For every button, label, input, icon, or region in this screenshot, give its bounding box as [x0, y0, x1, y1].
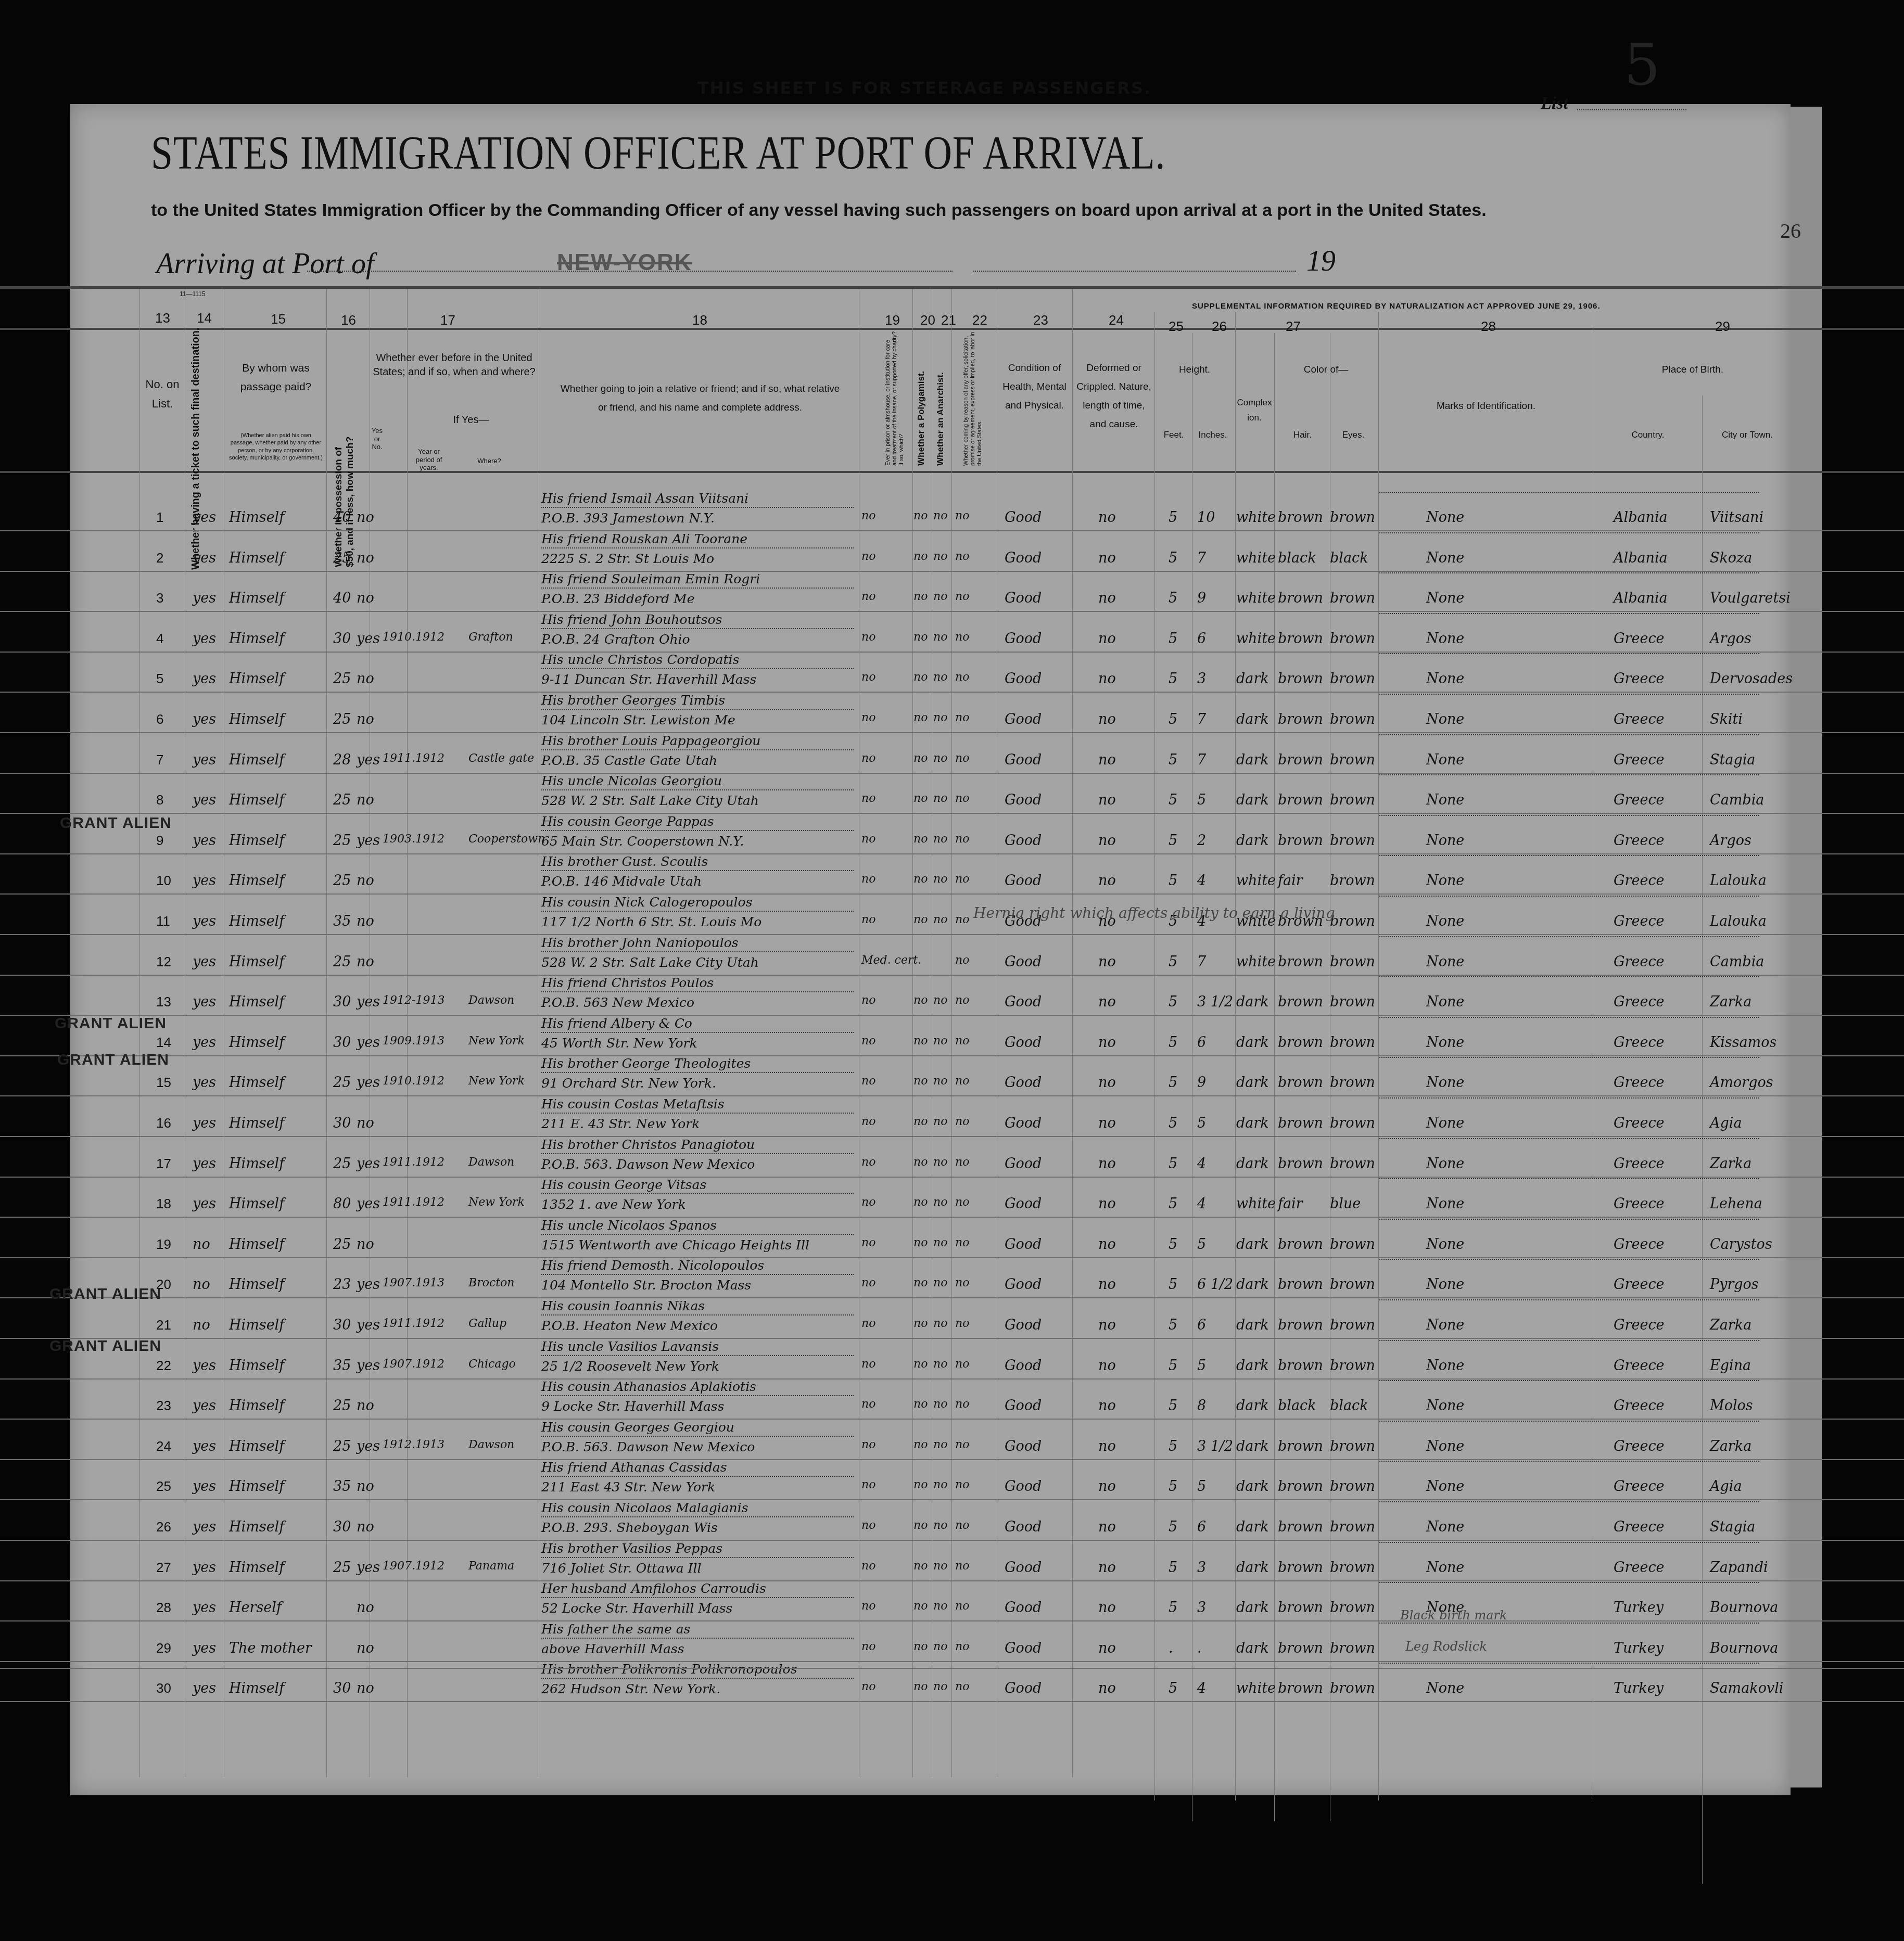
cell-paid-by: Himself [229, 1035, 284, 1051]
cell-complexion: dark [1236, 1115, 1269, 1131]
col-header-eyes: Eyes. [1330, 428, 1377, 443]
cell-complexion: dark [1236, 1358, 1269, 1374]
cell-complexion: dark [1236, 752, 1269, 768]
cell-city: Skoza [1710, 550, 1752, 566]
cell-hair: brown [1278, 792, 1323, 808]
cell-feet: 5 [1169, 1075, 1177, 1091]
cell-paid-by: Himself [229, 1196, 284, 1212]
cell-inches: 6 [1197, 1519, 1206, 1535]
cell-prison: no [861, 1115, 875, 1128]
cell-prison: no [861, 752, 875, 765]
cell-anarch: no [933, 913, 947, 926]
cell-no: 10 [156, 873, 171, 889]
cell-no: 29 [156, 1640, 171, 1656]
cell-country: Greece [1614, 1196, 1665, 1212]
cell-years: 1910.1912 [383, 1075, 445, 1088]
cell-money: 40 [333, 509, 351, 526]
cell-health: Good [1005, 1640, 1042, 1656]
col-num-26: 26 [1212, 318, 1227, 335]
relative-name: His father the same as [541, 1621, 854, 1639]
cell-eyes: brown [1330, 954, 1375, 970]
cell-before: no [357, 590, 374, 606]
col-header-inches: Inches. [1192, 428, 1234, 443]
cell-ticket: yes [193, 1115, 216, 1131]
table-row: His brother Christos PanagiotouP.O.B. 56… [0, 1138, 1904, 1179]
cell-prison: no [861, 833, 875, 846]
row-rule [0, 975, 1904, 976]
cell-hair: black [1278, 1398, 1316, 1414]
cell-country: Greece [1614, 873, 1665, 889]
cell-ticket: yes [193, 1560, 216, 1576]
marks-dotted-line [1379, 1138, 1759, 1139]
cell-anarch: no [933, 1236, 947, 1249]
cell-before: yes [357, 1156, 380, 1172]
cell-polyg: no [913, 509, 928, 522]
cell-hair: brown [1278, 711, 1323, 727]
cell-paid-by: Himself [229, 631, 284, 647]
cell-complexion: white [1236, 509, 1276, 526]
cell-hair: brown [1278, 833, 1323, 849]
marks-dotted-line [1379, 1178, 1759, 1179]
relative-address: 9 Locke Str. Haverhill Mass [541, 1399, 724, 1414]
col-num-14: 14 [197, 310, 212, 326]
cell-eyes: brown [1330, 671, 1375, 687]
cell-deformed: no [1098, 873, 1116, 889]
cell-anarch: no [933, 1560, 947, 1573]
relative-address: P.O.B. 24 Grafton Ohio [541, 632, 690, 647]
cell-prison: no [861, 550, 875, 563]
relative-address: 528 W. 2 Str. Salt Lake City Utah [541, 955, 759, 970]
cell-money: 25 [333, 1075, 351, 1091]
cell-no: 17 [156, 1156, 171, 1172]
cell-deformed: no [1098, 994, 1116, 1010]
cell-deformed: no [1098, 1276, 1116, 1293]
cell-anarch: no [933, 1358, 947, 1371]
arriving-label: Arriving at Port of [156, 247, 374, 280]
cell-before: no [357, 1519, 374, 1535]
relative-address: P.O.B. Heaton New Mexico [541, 1318, 718, 1333]
cell-health: Good [1005, 631, 1042, 647]
cell-ticket: yes [193, 509, 216, 526]
row-rule [0, 893, 1904, 895]
cell-anarch: no [933, 509, 947, 522]
cell-money: 25 [333, 1560, 351, 1576]
cell-deformed: no [1098, 752, 1116, 768]
col-header-if-yes: If Yes— [432, 411, 510, 429]
cell-before: no [357, 1640, 374, 1656]
cell-contract: no [955, 1196, 969, 1209]
cell-country: Greece [1614, 1519, 1665, 1535]
cell-polyg: no [913, 873, 928, 886]
table-row: His friend Albery & Co45 Worth Str. New … [0, 1017, 1904, 1057]
row-rule [0, 1378, 1904, 1380]
column-header-rule [0, 471, 1904, 473]
cell-contract: no [955, 1276, 969, 1289]
col-num-28: 28 [1481, 318, 1496, 335]
cell-inches: 5 [1197, 1358, 1206, 1374]
cell-hair: brown [1278, 1236, 1323, 1253]
cell-ticket: yes [193, 1478, 216, 1495]
cell-deformed: no [1098, 1236, 1116, 1253]
cell-deformed: no [1098, 1358, 1116, 1374]
col-header-prison: Ever in prison or almshouse, or institut… [885, 330, 916, 466]
cell-contract: no [955, 1398, 969, 1411]
cell-inches: 9 [1197, 1075, 1206, 1091]
cell-prison: Med. cert. [861, 954, 921, 967]
relative-address: 211 East 43 Str. New York [541, 1479, 715, 1495]
cell-no: 15 [156, 1075, 171, 1091]
cell-contract: no [955, 1680, 969, 1693]
relative-address: P.O.B. 563. Dawson New Mexico [541, 1439, 755, 1454]
cell-prison: no [861, 1156, 875, 1169]
cell-no: 8 [156, 792, 163, 808]
relative-name: His friend Athanas Cassidas [541, 1460, 854, 1477]
marks-dotted-line [1379, 613, 1759, 614]
cell-contract: no [955, 671, 969, 684]
cell-complexion: white [1236, 873, 1276, 889]
cell-marks: None [1426, 1276, 1464, 1293]
cell-inches: 4 [1197, 1196, 1206, 1212]
relative-name: His friend Albery & Co [541, 1016, 854, 1033]
cell-health: Good [1005, 752, 1042, 768]
cell-deformed: no [1098, 1156, 1116, 1172]
cell-deformed: no [1098, 1317, 1116, 1333]
cell-prison: no [861, 792, 875, 805]
cell-contract: no [955, 1478, 969, 1491]
relative-address: P.O.B. 35 Castle Gate Utah [541, 753, 717, 768]
cell-health: Good [1005, 1035, 1042, 1051]
cell-ticket: yes [193, 1680, 216, 1696]
cell-health: Good [1005, 954, 1042, 970]
cell-health: Good [1005, 1478, 1042, 1495]
marks-dotted-line [1379, 1057, 1759, 1058]
table-row: His uncle Christos Cordopatis9-11 Duncan… [0, 653, 1904, 694]
cell-anarch: no [933, 711, 947, 724]
cell-ticket: yes [193, 711, 216, 727]
relative-address: P.O.B. 563. Dawson New Mexico [541, 1157, 755, 1172]
cell-hair: black [1278, 550, 1316, 566]
cell-hair: brown [1278, 671, 1323, 687]
col-num-25: 25 [1169, 318, 1184, 335]
table-row: His cousin Georges GeorgiouP.O.B. 563. D… [0, 1421, 1904, 1461]
cell-ticket: yes [193, 1438, 216, 1454]
relative-address: 1515 Wentworth ave Chicago Heights Ill [541, 1237, 809, 1253]
cell-polyg: no [913, 1035, 928, 1048]
cell-eyes: brown [1330, 1519, 1375, 1535]
relative-address: 52 Locke Str. Haverhill Mass [541, 1601, 732, 1616]
relative-name: His friend John Bouhoutsos [541, 612, 854, 629]
cell-years: 1911.1912 [383, 1156, 445, 1169]
row-rule [0, 571, 1904, 572]
cell-city: Argos [1710, 833, 1751, 849]
list-number: 5 [1624, 31, 1660, 98]
cell-feet: 5 [1169, 631, 1177, 647]
relative-name: His cousin Costas Metaftsis [541, 1096, 854, 1114]
cell-city: Cambia [1710, 954, 1764, 970]
marks-dotted-line [1379, 1663, 1759, 1664]
relative-address: P.O.B. 23 Biddeford Me [541, 591, 694, 606]
col-num-20: 20 [920, 312, 935, 328]
cell-hair: brown [1278, 1075, 1323, 1091]
row-rule [0, 1177, 1904, 1178]
cell-paid-by: Himself [229, 792, 284, 808]
row-rule [0, 853, 1904, 854]
cell-anarch: no [933, 873, 947, 886]
relative-address: P.O.B. 563 New Mexico [541, 995, 694, 1010]
cell-feet: 5 [1169, 1438, 1177, 1454]
table-row: His father the same asabove Haverhill Ma… [0, 1623, 1904, 1663]
cell-money: 40 [333, 590, 351, 606]
cell-city: Bournova [1710, 1640, 1778, 1656]
cell-marks: None [1426, 509, 1464, 526]
birthmark-annotation: Black birth mark [1400, 1608, 1507, 1623]
col-num-22: 22 [972, 312, 987, 328]
cell-money: 30 [333, 994, 351, 1010]
marks-dotted-line [1379, 1259, 1759, 1260]
cell-polyg: no [913, 1478, 928, 1491]
cell-paid-by: Himself [229, 590, 284, 606]
relative-address: 262 Hudson Str. New York. [541, 1681, 720, 1696]
relative-name: His brother John Naniopoulos [541, 935, 854, 952]
cell-money: 25 [333, 1156, 351, 1172]
relative-name: His uncle Nicolas Georgiou [541, 773, 854, 790]
cell-money: 35 [333, 1478, 351, 1495]
cell-complexion: dark [1236, 1560, 1269, 1576]
cell-prison: no [861, 1398, 875, 1411]
table-row: His uncle Vasilios Lavansis25 1/2 Roosev… [0, 1340, 1904, 1381]
cell-feet: 5 [1169, 590, 1177, 606]
cell-ticket: yes [193, 873, 216, 889]
cell-before: yes [357, 833, 380, 849]
cell-complexion: dark [1236, 1398, 1269, 1414]
cell-feet: 5 [1169, 1478, 1177, 1495]
cell-ticket: no [193, 1276, 210, 1293]
grant-alien-stamp: GRANT ALIEN [49, 1337, 161, 1355]
cell-prison: no [861, 1640, 875, 1653]
cell-feet: 5 [1169, 752, 1177, 768]
cell-prison: no [861, 1438, 875, 1451]
cell-eyes: brown [1330, 873, 1375, 889]
page-subtitle: to the United States Immigration Officer… [151, 200, 1487, 221]
table-bottom-rule [0, 1668, 1904, 1669]
relative-name: His brother Louis Pappageorgiou [541, 733, 854, 750]
cell-years: 1903.1912 [383, 833, 445, 846]
cell-complexion: dark [1236, 833, 1269, 849]
grant-alien-stamp: GRANT ALIEN [49, 1285, 161, 1303]
cell-eyes: blue [1330, 1196, 1361, 1212]
cell-complexion: white [1236, 1680, 1276, 1696]
cell-eyes: brown [1330, 509, 1375, 526]
cell-before: yes [357, 1075, 380, 1091]
cell-eyes: brown [1330, 1035, 1375, 1051]
cell-marks: None [1426, 1398, 1464, 1414]
col-num-29: 29 [1715, 318, 1730, 335]
cell-anarch: no [933, 1156, 947, 1169]
cell-years: 1910.1912 [383, 631, 445, 644]
cell-polyg: no [913, 671, 928, 684]
cell-before: no [357, 954, 374, 970]
cell-polyg: no [913, 1156, 928, 1169]
relative-address: 91 Orchard Str. New York. [541, 1076, 716, 1091]
col-header-feet: Feet. [1156, 428, 1192, 443]
cell-contract: no [955, 711, 969, 724]
cell-before: no [357, 792, 374, 808]
cell-hair: brown [1278, 509, 1323, 526]
relative-name: His friend Souleiman Emin Rogri [541, 571, 854, 589]
cell-prison: no [861, 1519, 875, 1532]
col-header-passage-note: (Whether alien paid his own passage, whe… [229, 432, 323, 462]
marks-dotted-line [1379, 1380, 1759, 1381]
cell-polyg: no [913, 1358, 928, 1371]
cell-paid-by: Himself [229, 833, 284, 849]
cell-contract: no [955, 590, 969, 603]
cell-contract: no [955, 1358, 969, 1371]
cell-feet: 5 [1169, 1156, 1177, 1172]
date-line [973, 271, 1296, 272]
cell-paid-by: Himself [229, 1478, 284, 1495]
col-header-no-on-list: No. on List. [142, 375, 183, 414]
cell-marks: None [1426, 873, 1464, 889]
cell-country: Greece [1614, 833, 1665, 849]
relative-name: His cousin Athanasios Aplakiotis [541, 1379, 854, 1396]
cell-hair: brown [1278, 1438, 1323, 1454]
marks-dotted-line [1379, 653, 1759, 654]
cell-country: Greece [1614, 1358, 1665, 1374]
cell-prison: no [861, 1358, 875, 1371]
cell-contract: no [955, 833, 969, 846]
relative-address: 1352 1. ave New York [541, 1197, 686, 1212]
cell-money: 30 [333, 631, 351, 647]
cell-paid-by: Himself [229, 954, 284, 970]
cell-before: no [357, 711, 374, 727]
cell-inches: 9 [1197, 590, 1206, 606]
cell-contract: no [955, 1519, 969, 1532]
cell-feet: 5 [1169, 1276, 1177, 1293]
cell-paid-by: Himself [229, 1358, 284, 1374]
table-row: His uncle Nicolaos Spanos1515 Wentworth … [0, 1219, 1904, 1259]
cell-inches: 7 [1197, 752, 1206, 768]
cell-paid-by: Himself [229, 1156, 284, 1172]
relative-address: 104 Lincoln Str. Lewiston Me [541, 712, 735, 727]
cell-paid-by: Himself [229, 994, 284, 1010]
cell-deformed: no [1098, 792, 1116, 808]
cell-anarch: no [933, 1519, 947, 1532]
cell-complexion: dark [1236, 1519, 1269, 1535]
cell-eyes: brown [1330, 913, 1375, 929]
year-prefix: 19 [1306, 245, 1336, 278]
cell-paid-by: Himself [229, 913, 284, 929]
col-num-16: 16 [341, 312, 356, 328]
relative-name: His friend Ismail Assan Viitsani [541, 491, 854, 508]
cell-years: 1911.1912 [383, 752, 445, 765]
cell-marks: None [1426, 1075, 1464, 1091]
cell-health: Good [1005, 994, 1042, 1010]
cell-polyg: no [913, 631, 928, 644]
cell-ticket: yes [193, 913, 216, 929]
cell-hair: fair [1278, 873, 1303, 889]
relative-address: 211 E. 43 Str. New York [541, 1116, 700, 1131]
cell-ticket: yes [193, 631, 216, 647]
supplemental-note: SUPPLEMENTAL INFORMATION REQUIRED BY NAT… [1192, 302, 1601, 311]
cell-no: 1 [156, 509, 163, 526]
cell-polyg: no [913, 913, 928, 926]
cell-eyes: brown [1330, 1560, 1375, 1576]
cell-feet: 5 [1169, 1680, 1177, 1696]
cell-hair: brown [1278, 1276, 1323, 1293]
col-header-before-in-us: Whether ever before in the United States… [372, 351, 536, 379]
cell-hair: fair [1278, 1196, 1303, 1212]
marks-dotted-line [1379, 1299, 1759, 1300]
row-rule [0, 1055, 1904, 1056]
cell-city: Egina [1710, 1358, 1751, 1374]
cell-no: 4 [156, 631, 163, 647]
cell-paid-by: Himself [229, 752, 284, 768]
cell-money: 25 [333, 873, 351, 889]
cell-polyg: no [913, 792, 928, 805]
cell-health: Good [1005, 509, 1042, 526]
cell-city: Carystos [1710, 1236, 1772, 1253]
cell-no: 21 [156, 1317, 171, 1333]
cell-deformed: no [1098, 1398, 1116, 1414]
cell-marks: None [1426, 1358, 1464, 1374]
cell-before: no [357, 1478, 374, 1495]
cell-country: Greece [1614, 954, 1665, 970]
cell-hair: brown [1278, 631, 1323, 647]
row-rule [0, 1217, 1904, 1218]
cell-country: Greece [1614, 671, 1665, 687]
cell-ticket: no [193, 1236, 210, 1253]
cell-city: Cambia [1710, 792, 1764, 808]
marks-dotted-line [1379, 1623, 1759, 1624]
table-row: His cousin Ioannis NikasP.O.B. Heaton Ne… [0, 1299, 1904, 1340]
cell-money: 30 [333, 1115, 351, 1131]
cell-where: Chicago [468, 1358, 516, 1371]
cell-no: 30 [156, 1680, 171, 1696]
cell-deformed: no [1098, 1196, 1116, 1212]
cell-where: New York [468, 1035, 525, 1048]
table-row: His friend Ismail Assan ViitsaniP.O.B. 3… [0, 492, 1904, 532]
cell-no: 23 [156, 1398, 171, 1414]
cell-inches: 3 [1197, 671, 1206, 687]
cell-prison: no [861, 671, 875, 684]
cell-no: 26 [156, 1519, 171, 1535]
cell-contract: no [955, 954, 969, 967]
cell-eyes: brown [1330, 711, 1375, 727]
relative-address: 65 Main Str. Cooperstown N.Y. [541, 834, 744, 849]
cell-before: no [357, 550, 374, 566]
cell-inches: 7 [1197, 711, 1206, 727]
cell-anarch: no [933, 1478, 947, 1491]
cell-city: Pyrgos [1710, 1276, 1759, 1293]
cell-complexion: dark [1236, 1035, 1269, 1051]
cell-money: 30 [333, 1035, 351, 1051]
cell-money: 25 [333, 833, 351, 849]
cell-years: 1912.1913 [383, 1438, 445, 1451]
cell-before: yes [357, 1317, 380, 1333]
cell-paid-by: Himself [229, 1115, 284, 1131]
cell-inches: 3 [1197, 1560, 1206, 1576]
marks-dotted-line [1379, 1501, 1759, 1502]
cell-prison: no [861, 1035, 875, 1048]
cell-money: 23 [333, 1276, 351, 1293]
cell-prison: no [861, 1276, 875, 1289]
cell-ticket: yes [193, 792, 216, 808]
cell-deformed: no [1098, 954, 1116, 970]
col-num-24: 24 [1109, 312, 1124, 328]
cell-health: Good [1005, 1438, 1042, 1454]
cell-anarch: no [933, 1115, 947, 1128]
row-rule [0, 1459, 1904, 1460]
